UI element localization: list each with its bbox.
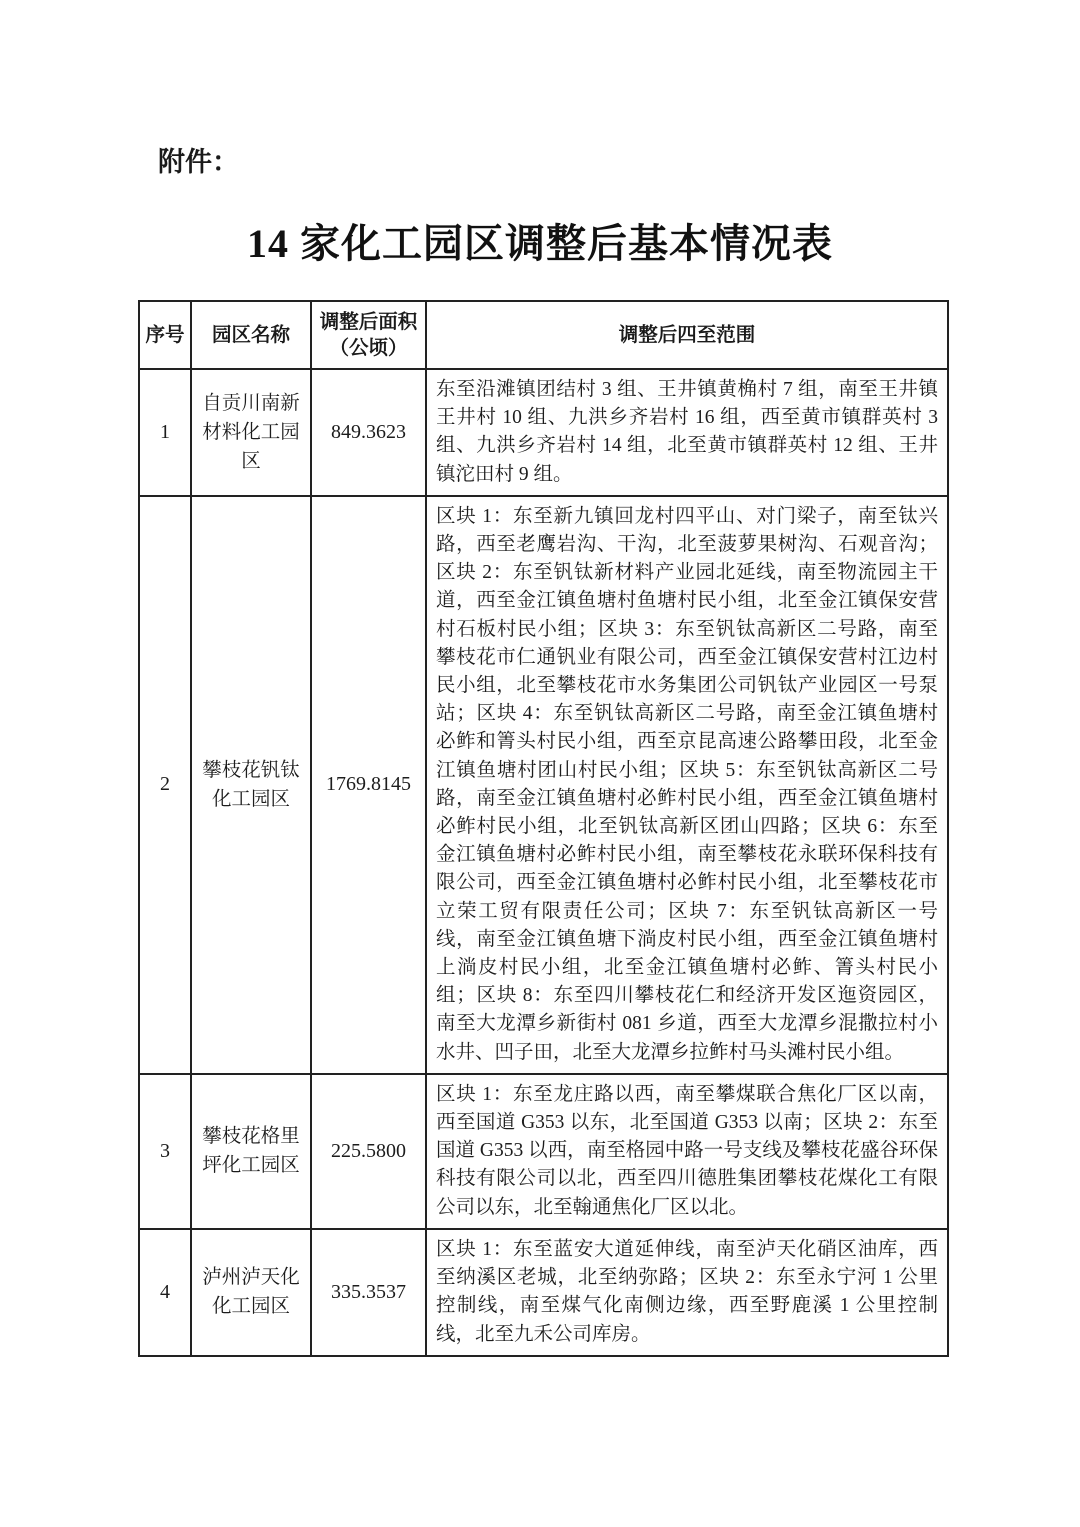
row-index: 2 [139, 496, 191, 1074]
park-scope: 区块 1：东至龙庄路以西，南至攀煤联合焦化厂区以南，西至国道 G353 以东，北… [426, 1074, 948, 1229]
park-name: 攀枝花钒钛化工园区 [191, 496, 311, 1074]
col-header-area-line2: （公顷） [313, 335, 424, 361]
park-area: 1769.8145 [311, 496, 426, 1074]
park-name: 自贡川南新材料化工园区 [191, 369, 311, 496]
col-header-scope: 调整后四至范围 [426, 301, 948, 369]
table-row: 4 泸州泸天化化工园区 335.3537 区块 1：东至蓝安大道延伸线，南至泸天… [139, 1229, 948, 1356]
park-area: 849.3623 [311, 369, 426, 496]
park-scope: 区块 1：东至新九镇回龙村四平山、对门梁子，南至钛兴路，西至老鹰岩沟、干沟，北至… [426, 496, 948, 1074]
park-name: 泸州泸天化化工园区 [191, 1229, 311, 1356]
document-page: 附件： 14 家化工园区调整后基本情况表 序号 园区名称 调整后面积 （公顷） … [0, 0, 1080, 1527]
park-area: 335.3537 [311, 1229, 426, 1356]
park-area: 225.5800 [311, 1074, 426, 1229]
row-index: 3 [139, 1074, 191, 1229]
attachment-label: 附件： [158, 140, 239, 179]
park-scope: 区块 1：东至蓝安大道延伸线，南至泸天化硝区油库，西至纳溪区老城，北至纳弥路；区… [426, 1229, 948, 1356]
park-scope: 东至沿滩镇团结村 3 组、王井镇黄桷村 7 组，南至王井镇王井村 10 组、九洪… [426, 369, 948, 496]
parks-table: 序号 园区名称 调整后面积 （公顷） 调整后四至范围 1 自贡川南新材料化工园区… [138, 300, 949, 1357]
table-row: 2 攀枝花钒钛化工园区 1769.8145 区块 1：东至新九镇回龙村四平山、对… [139, 496, 948, 1074]
col-header-index: 序号 [139, 301, 191, 369]
page-title: 14 家化工园区调整后基本情况表 [0, 212, 1080, 269]
col-header-name: 园区名称 [191, 301, 311, 369]
table-row: 1 自贡川南新材料化工园区 849.3623 东至沿滩镇团结村 3 组、王井镇黄… [139, 369, 948, 496]
col-header-area-line1: 调整后面积 [313, 309, 424, 335]
col-header-area: 调整后面积 （公顷） [311, 301, 426, 369]
park-name: 攀枝花格里坪化工园区 [191, 1074, 311, 1229]
row-index: 4 [139, 1229, 191, 1356]
table-row: 3 攀枝花格里坪化工园区 225.5800 区块 1：东至龙庄路以西，南至攀煤联… [139, 1074, 948, 1229]
row-index: 1 [139, 369, 191, 496]
table-header-row: 序号 园区名称 调整后面积 （公顷） 调整后四至范围 [139, 301, 948, 369]
